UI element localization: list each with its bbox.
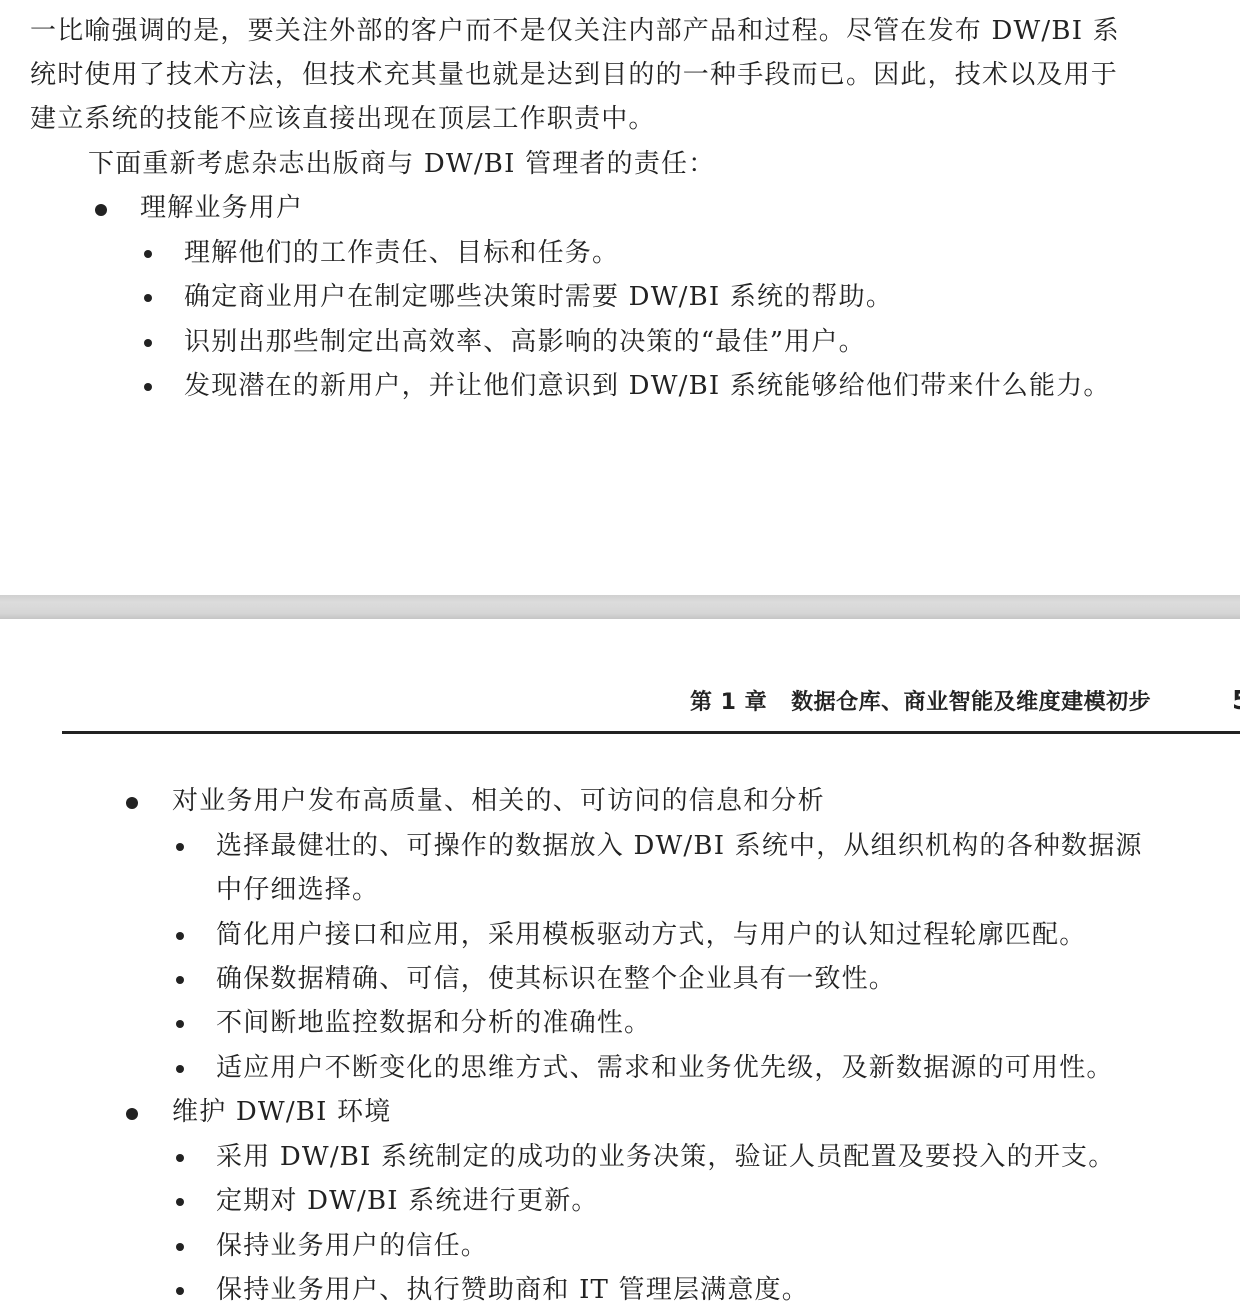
list-item: 确保数据精确、可信，使其标识在整个企业具有一致性。 <box>216 962 896 996</box>
bullet-icon <box>176 976 184 984</box>
page-top: ▔▔▔▔▔▔▔▔▔▔▔▔▔▔▔▔▔▔▔▔▔▔▔▔▔▔▔▔▔▔▔▔▔▔▔▔▔▔ 一… <box>0 0 1240 595</box>
list-item: 不间断地监控数据和分析的准确性。 <box>216 1006 651 1040</box>
header-rule <box>62 731 1240 734</box>
paragraph-line-3: 建立系统的技能不应该直接出现在顶层工作职责中。 <box>30 102 656 136</box>
clipped-text-line: ▔▔▔▔▔▔▔▔▔▔▔▔▔▔▔▔▔▔▔▔▔▔▔▔▔▔▔▔▔▔▔▔▔▔▔▔▔▔ <box>30 0 835 12</box>
section-heading: 理解业务用户 <box>140 191 303 225</box>
bullet-icon <box>95 204 107 216</box>
chapter-title: 数据仓库、商业智能及维度建模初步 <box>791 690 1151 715</box>
bullet-icon <box>126 1108 138 1120</box>
list-item: 识别出那些制定出高效率、高影响的决策的“最佳”用户。 <box>184 325 866 359</box>
bullet-icon <box>144 383 152 391</box>
list-item: 定期对 DW/BI 系统进行更新。 <box>216 1184 599 1218</box>
bullet-icon <box>176 932 184 940</box>
bullet-icon <box>176 1198 184 1206</box>
bullet-icon <box>176 1065 184 1073</box>
bullet-icon <box>176 1287 184 1295</box>
bullet-icon <box>144 250 152 258</box>
bullet-icon <box>144 294 152 302</box>
bullet-icon <box>176 1154 184 1162</box>
bullet-icon <box>176 1243 184 1251</box>
list-item: 确定商业用户在制定哪些决策时需要 DW/BI 系统的帮助。 <box>184 280 893 314</box>
bullet-icon <box>176 1020 184 1028</box>
paragraph-line-1: 一比喻强调的是，要关注外部的客户而不是仅关注内部产品和过程。尽管在发布 DW/B… <box>30 14 1120 48</box>
list-item: 发现潜在的新用户，并让他们意识到 DW/BI 系统能够给他们带来什么能力。 <box>184 369 1111 403</box>
list-item: 选择最健壮的、可操作的数据放入 DW/BI 系统中，从组织机构的各种数据源 <box>216 829 1143 863</box>
list-item: 保持业务用户的信任。 <box>216 1229 488 1263</box>
list-item: 理解他们的工作责任、目标和任务。 <box>184 236 619 270</box>
section-heading: 对业务用户发布高质量、相关的、可访问的信息和分析 <box>172 784 825 818</box>
bullet-icon <box>176 843 184 851</box>
list-item: 简化用户接口和应用，采用模板驱动方式，与用户的认知过程轮廓匹配。 <box>216 918 1086 952</box>
section-heading: 维护 DW/BI 环境 <box>172 1095 391 1129</box>
page-number: 5 <box>1232 686 1240 716</box>
paragraph-line-2: 统时使用了技术方法，但技术充其量也就是达到目的的一种手段而已。因此，技术以及用于 <box>30 58 1118 92</box>
list-item: 适应用户不断变化的思维方式、需求和业务优先级，及新数据源的可用性。 <box>216 1051 1114 1085</box>
page-divider <box>0 595 1240 619</box>
chapter-label: 第 1 章 <box>690 690 767 715</box>
list-item: 采用 DW/BI 系统制定的成功的业务决策，验证人员配置及要投入的开支。 <box>216 1140 1115 1174</box>
running-head: 第 1 章数据仓库、商业智能及维度建模初步 <box>690 688 1151 718</box>
list-item: 保持业务用户、执行赞助商和 IT 管理层满意度。 <box>216 1273 809 1307</box>
list-item-continuation: 中仔细选择。 <box>216 873 379 907</box>
bullet-icon <box>126 797 138 809</box>
intro-line: 下面重新考虑杂志出版商与 DW/BI 管理者的责任： <box>88 147 715 181</box>
bullet-icon <box>144 339 152 347</box>
